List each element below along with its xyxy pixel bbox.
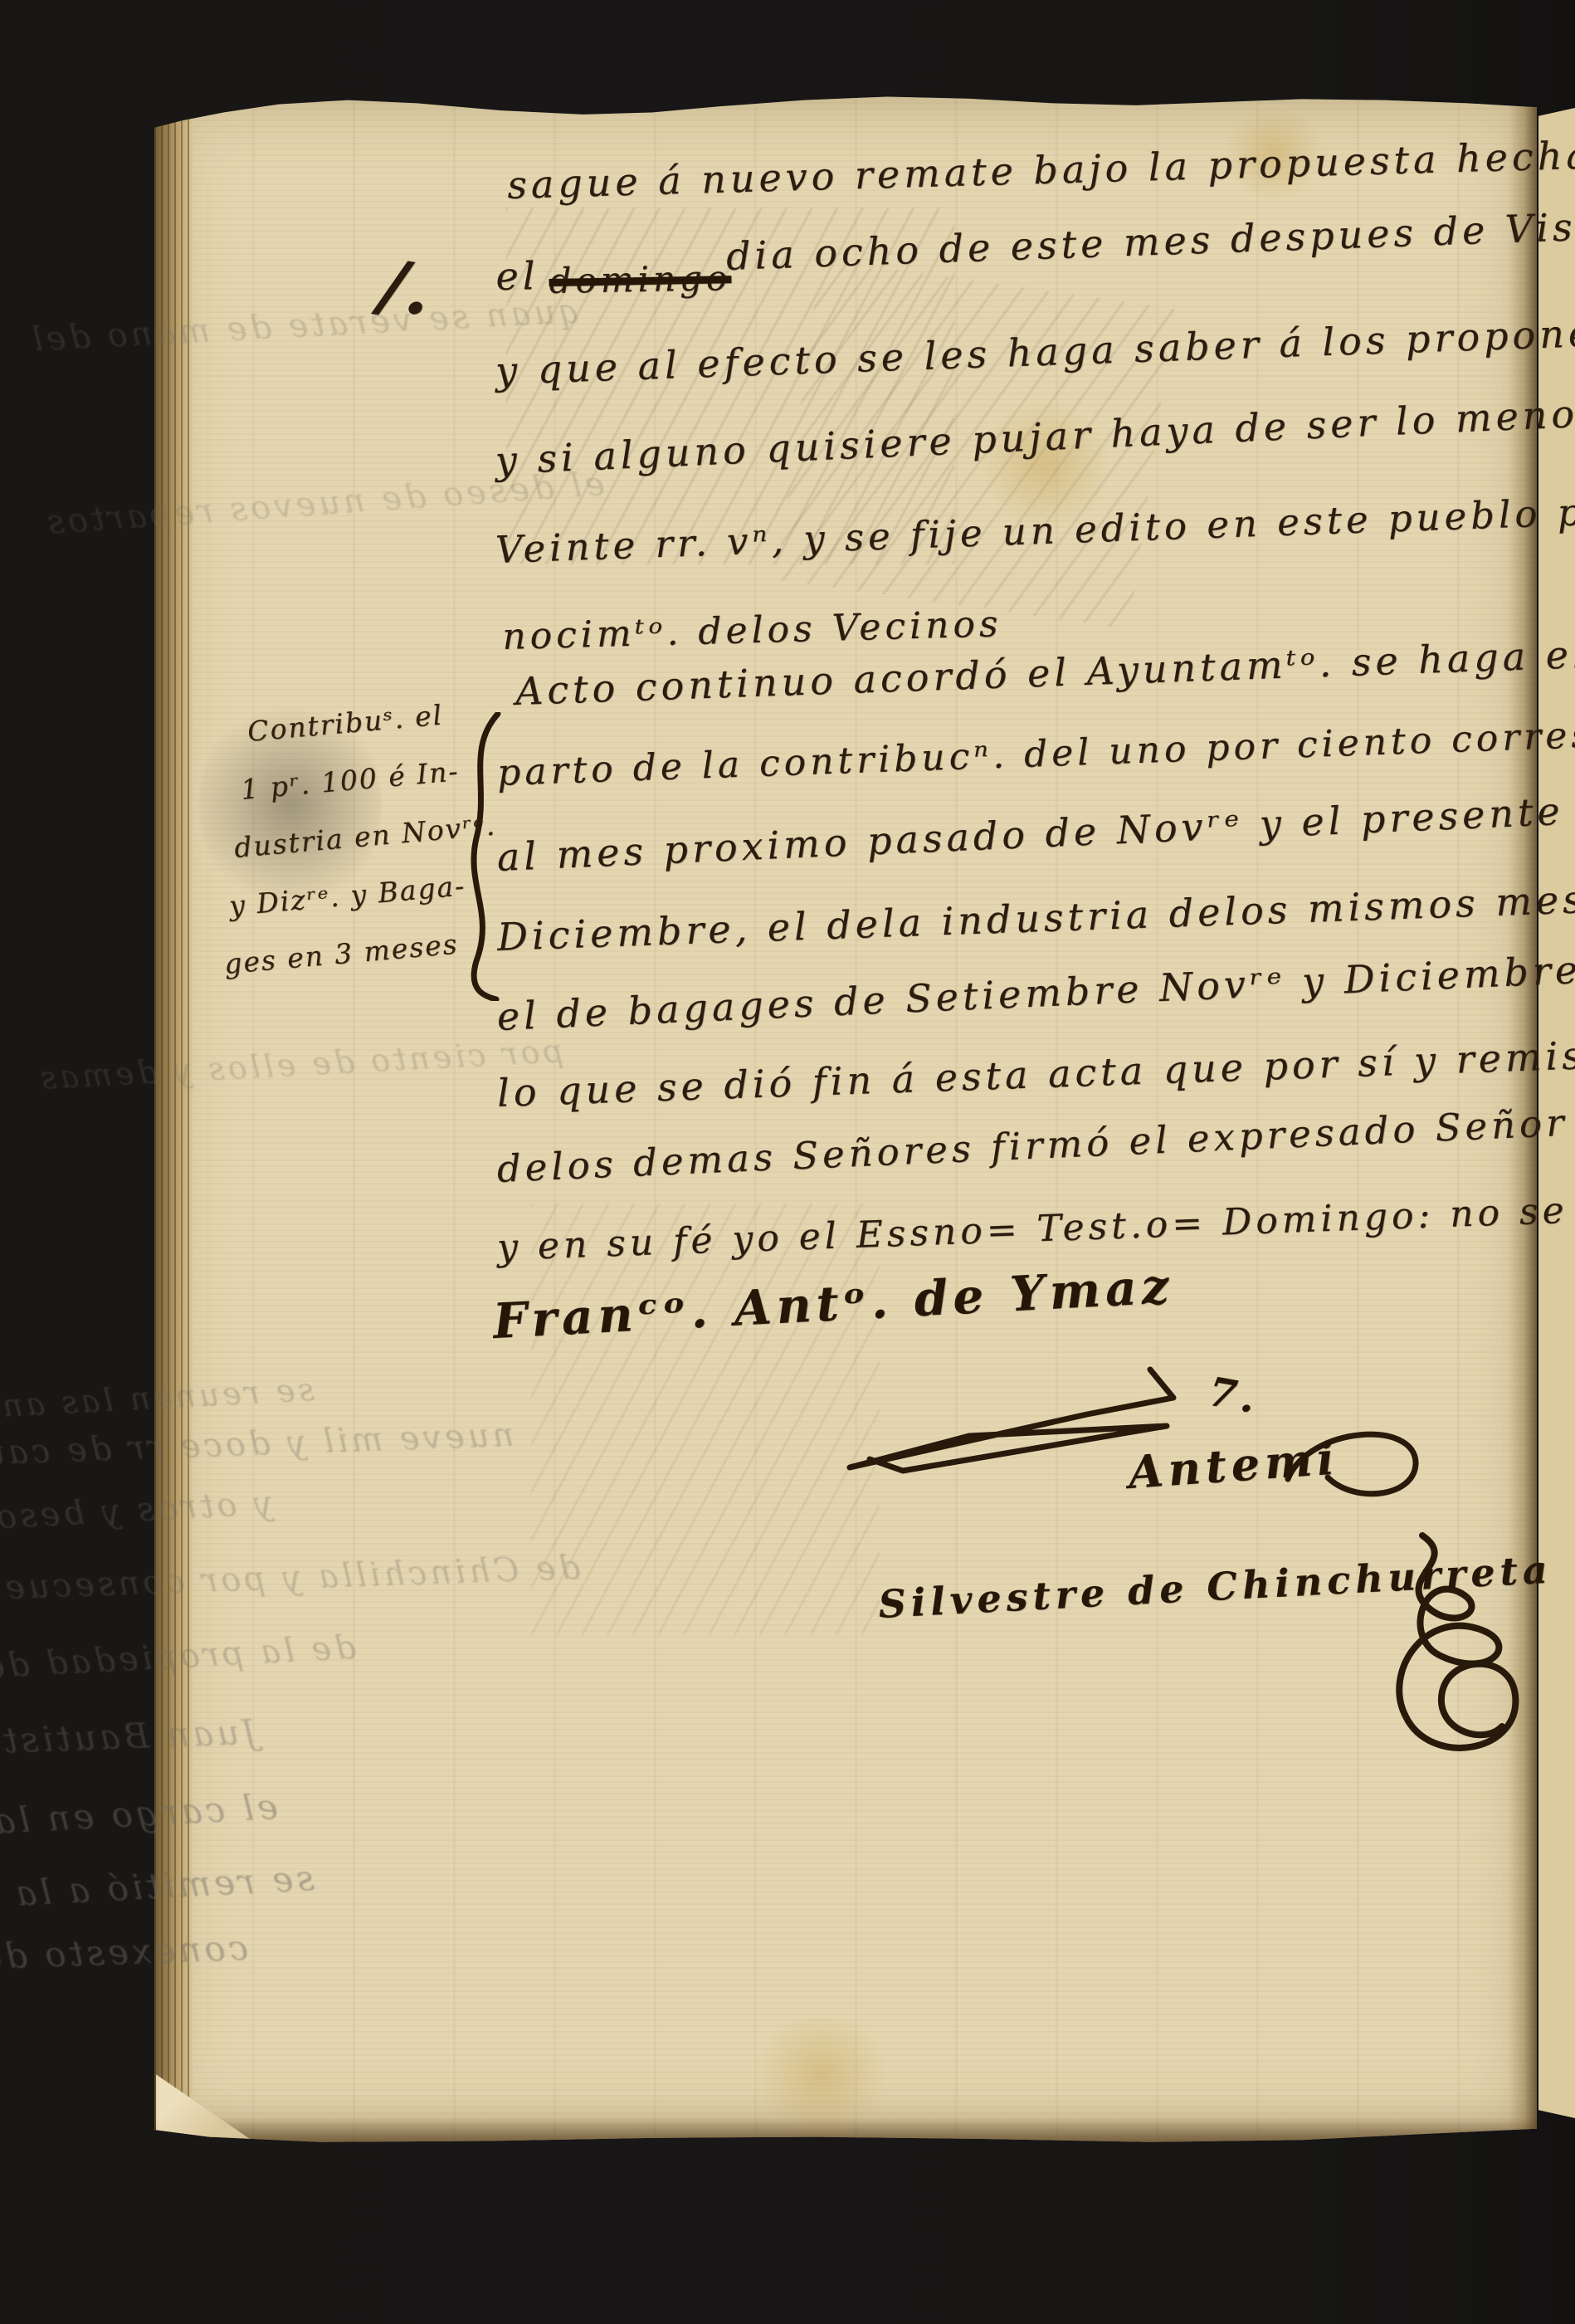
signature-line: Franᶜᵒ. Antᵒ. de Ymaz xyxy=(491,1257,1175,1350)
manuscript-line: y en su fé yo el Essno= Test.o= Domingo:… xyxy=(496,1186,1575,1269)
bleedthrough-line: Juan Bautista de Arriaga xyxy=(0,1711,257,1770)
manuscript-photo: { "manuscript": { "main_lines": [ {"text… xyxy=(0,0,1575,2324)
manuscript-line: el de bagages de Setiembre Novʳᵉ y Dicie… xyxy=(496,942,1575,1039)
margin-note-line: 1 pʳ. 100 é In- xyxy=(240,754,461,806)
manuscript-line: domingo xyxy=(549,257,731,301)
ink-layer: quan se verate de mano delel deseo de nu… xyxy=(0,0,1575,2324)
bleedthrough-line: y otros y besos del comun xyxy=(0,1484,274,1550)
bleedthrough-line: conexesto de etta propuesta lo admito y … xyxy=(0,1927,249,2004)
margin-note-line: Contribuˢ. el xyxy=(246,699,445,748)
manuscript-line: al mes proximo pasado de Novʳᵉ y el pres… xyxy=(496,785,1575,880)
signature-line: 7. xyxy=(1205,1369,1264,1423)
bleedthrough-line: de la propiedad de sus cargos xyxy=(0,1628,357,1698)
bleedthrough-line: por ciento de ellos y demas xyxy=(37,1033,564,1096)
bleedthrough-line: nueve mil y doce rr de caudales xyxy=(0,1416,514,1477)
margin-note-line: y Dizʳᵉ. y Baga- xyxy=(228,869,467,922)
manuscript-line: Veinte rr. vⁿ, y se fije un edito en est… xyxy=(495,484,1575,572)
manuscript-line: lo que se dió fin á esta acta que por sí… xyxy=(496,1030,1575,1116)
manuscript-line: y si alguno quisiere pujar haya de ser l… xyxy=(495,387,1575,483)
manuscript-line: sague á nuevo remate bajo la propuesta h… xyxy=(506,132,1575,207)
margin-note-line: ges en 3 meses xyxy=(223,927,460,980)
bleedthrough-line: de Chinchilla y por consecuente xyxy=(0,1549,581,1609)
manuscript-line: dia ocho de este mes despues de Visperas… xyxy=(725,199,1575,279)
manuscript-line: el xyxy=(495,253,539,299)
manuscript-line: Diciembre, el dela industria delos mismo… xyxy=(496,873,1575,959)
manuscript-line: nocimᵗᵒ. delos Vecinos xyxy=(502,603,1002,658)
manuscript-line: parto de la contribucⁿ. del uno por cien… xyxy=(496,708,1575,794)
manuscript-line: y que al efecto se les haga saber á los … xyxy=(495,306,1575,393)
